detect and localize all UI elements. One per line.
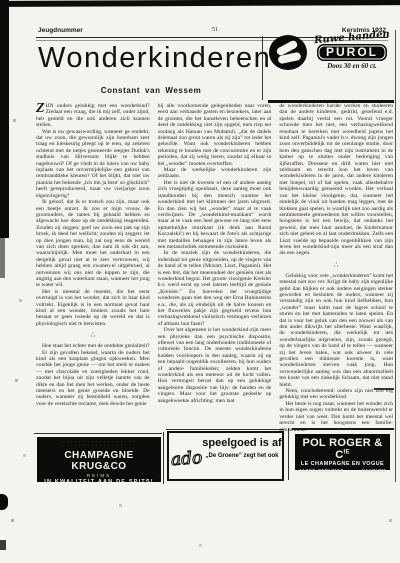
ad-rule-left bbox=[34, 433, 162, 434]
article-paragraph: Over het algemeen is het wonderkind-zijn… bbox=[158, 327, 272, 404]
hands-icon bbox=[269, 35, 307, 70]
krug-slogan: IN KWALITEIT AAN DE SPITS! bbox=[37, 479, 161, 485]
krug-city: REIMS bbox=[37, 473, 161, 478]
article-paragraph: Hoe staat het echter met de ontdekte gen… bbox=[36, 343, 150, 349]
article-paragraph: Wat is uw gewaarwording, wanneer ge ontd… bbox=[36, 129, 150, 199]
ad-separator-1 bbox=[163, 432, 164, 484]
krug-brand: CHAMPAGNE KRUG&CO bbox=[37, 450, 161, 472]
ado-ad: ado speelgoed is af „De Groene” zegt het… bbox=[167, 431, 284, 481]
purol-brand: PUROL bbox=[317, 44, 387, 61]
magazine-page: Jeugdnummer 51 Kerstmis 1932 Wonderkinde… bbox=[0, 0, 400, 563]
purol-price: Doos 30 en 60 ct. bbox=[310, 62, 394, 70]
pol-roger-tagline: LE CHAMPAGNE EN VOGUE bbox=[295, 461, 390, 467]
ado-headline: speelgoed is af bbox=[201, 437, 283, 449]
article-paragraph: bij alle voorkomende gelegenheden naar v… bbox=[158, 103, 272, 167]
article-paragraph: de wonderkinderen harder werken en stude… bbox=[279, 103, 393, 257]
article-paragraph: Gelukkig voor vele „wonderkinderen” komt… bbox=[279, 273, 393, 388]
scan-edge-left-fade bbox=[0, 238, 5, 278]
article-byline: Constant van Wessem bbox=[38, 86, 264, 95]
issue-label: Jeugdnummer bbox=[38, 27, 83, 34]
section-ornament: ∴ bbox=[36, 331, 150, 339]
article-title: Wonderkinderen bbox=[38, 42, 264, 75]
article-paragraph: In de muziek zijn de wonderkinderen, die… bbox=[158, 250, 272, 327]
scan-corner-mark bbox=[0, 540, 6, 550]
pol-roger-agent-name: JAGER-GERLINGS bbox=[299, 468, 344, 473]
scan-edge-left bbox=[0, 0, 9, 238]
article-paragraph: Neen, concludeerend: ouders zijn niet zo… bbox=[279, 388, 393, 401]
purol-ad: Ruwe handen PUROL Doos 30 en 60 ct. bbox=[268, 30, 394, 98]
pol-roger-agent-city: HAARLEM bbox=[362, 468, 386, 473]
article-paragraph: Het is meestal de moeder, die het eerst … bbox=[36, 289, 150, 327]
scan-speckles bbox=[0, 0, 1, 1]
article-column-3: de wonderkinderen harder werken en stude… bbox=[279, 103, 393, 433]
article-paragraph: ZIJN ouders gelukkig met een wonderkind?… bbox=[36, 103, 150, 129]
drop-cap: Z bbox=[36, 103, 45, 114]
article-paragraph: Er zijn gevallen bekend, waarin de ouder… bbox=[36, 350, 150, 408]
page-number: 51 bbox=[190, 27, 240, 33]
scan-edge-top bbox=[8, 0, 400, 7]
scan-blot bbox=[0, 494, 8, 510]
article-paragraph: Maar de werkelijke wonderkinderen zijn z… bbox=[158, 167, 272, 180]
ado-subline: „De Groene” zegt het ook bbox=[201, 453, 283, 459]
ad-separator-2 bbox=[288, 428, 289, 480]
page-edge-line bbox=[395, 30, 396, 482]
pol-roger-ad: POL ROGER & CIE LE CHAMPAGNE EN VOGUE JA… bbox=[295, 434, 390, 470]
pol-roger-brand: POL ROGER & CIE bbox=[295, 437, 390, 461]
krug-fine-print-2: · · · · · · · · · · · · bbox=[37, 444, 161, 448]
article-body: ZIJN ouders gelukkig met een wonderkind?… bbox=[36, 103, 393, 433]
ad-rule-right bbox=[292, 428, 394, 430]
title-ad-divider bbox=[262, 36, 263, 100]
ad-row: · · · · · · · · · · · · · · · · · · · · … bbox=[0, 426, 400, 486]
article-column-1: ZIJN ouders gelukkig met een wonderkind?… bbox=[36, 103, 150, 433]
article-paragraph: Ik geloof, dat ik er trotsch zou zijn, m… bbox=[36, 199, 150, 289]
pol-roger-agent: JAGER-GERLINGS HAARLEM bbox=[295, 468, 390, 473]
krug-ad: · · · · · · · · · · · · · · · · · · · · … bbox=[37, 437, 161, 482]
ad-rule-middle bbox=[166, 429, 284, 430]
section-ornament: ∴ bbox=[279, 261, 393, 269]
article-column-2: bij alle voorkomende gelegenheden naar v… bbox=[158, 103, 272, 433]
article-paragraph: Het is niet de kwestie of een of andere … bbox=[158, 180, 272, 250]
ado-logo: ado bbox=[170, 448, 203, 470]
